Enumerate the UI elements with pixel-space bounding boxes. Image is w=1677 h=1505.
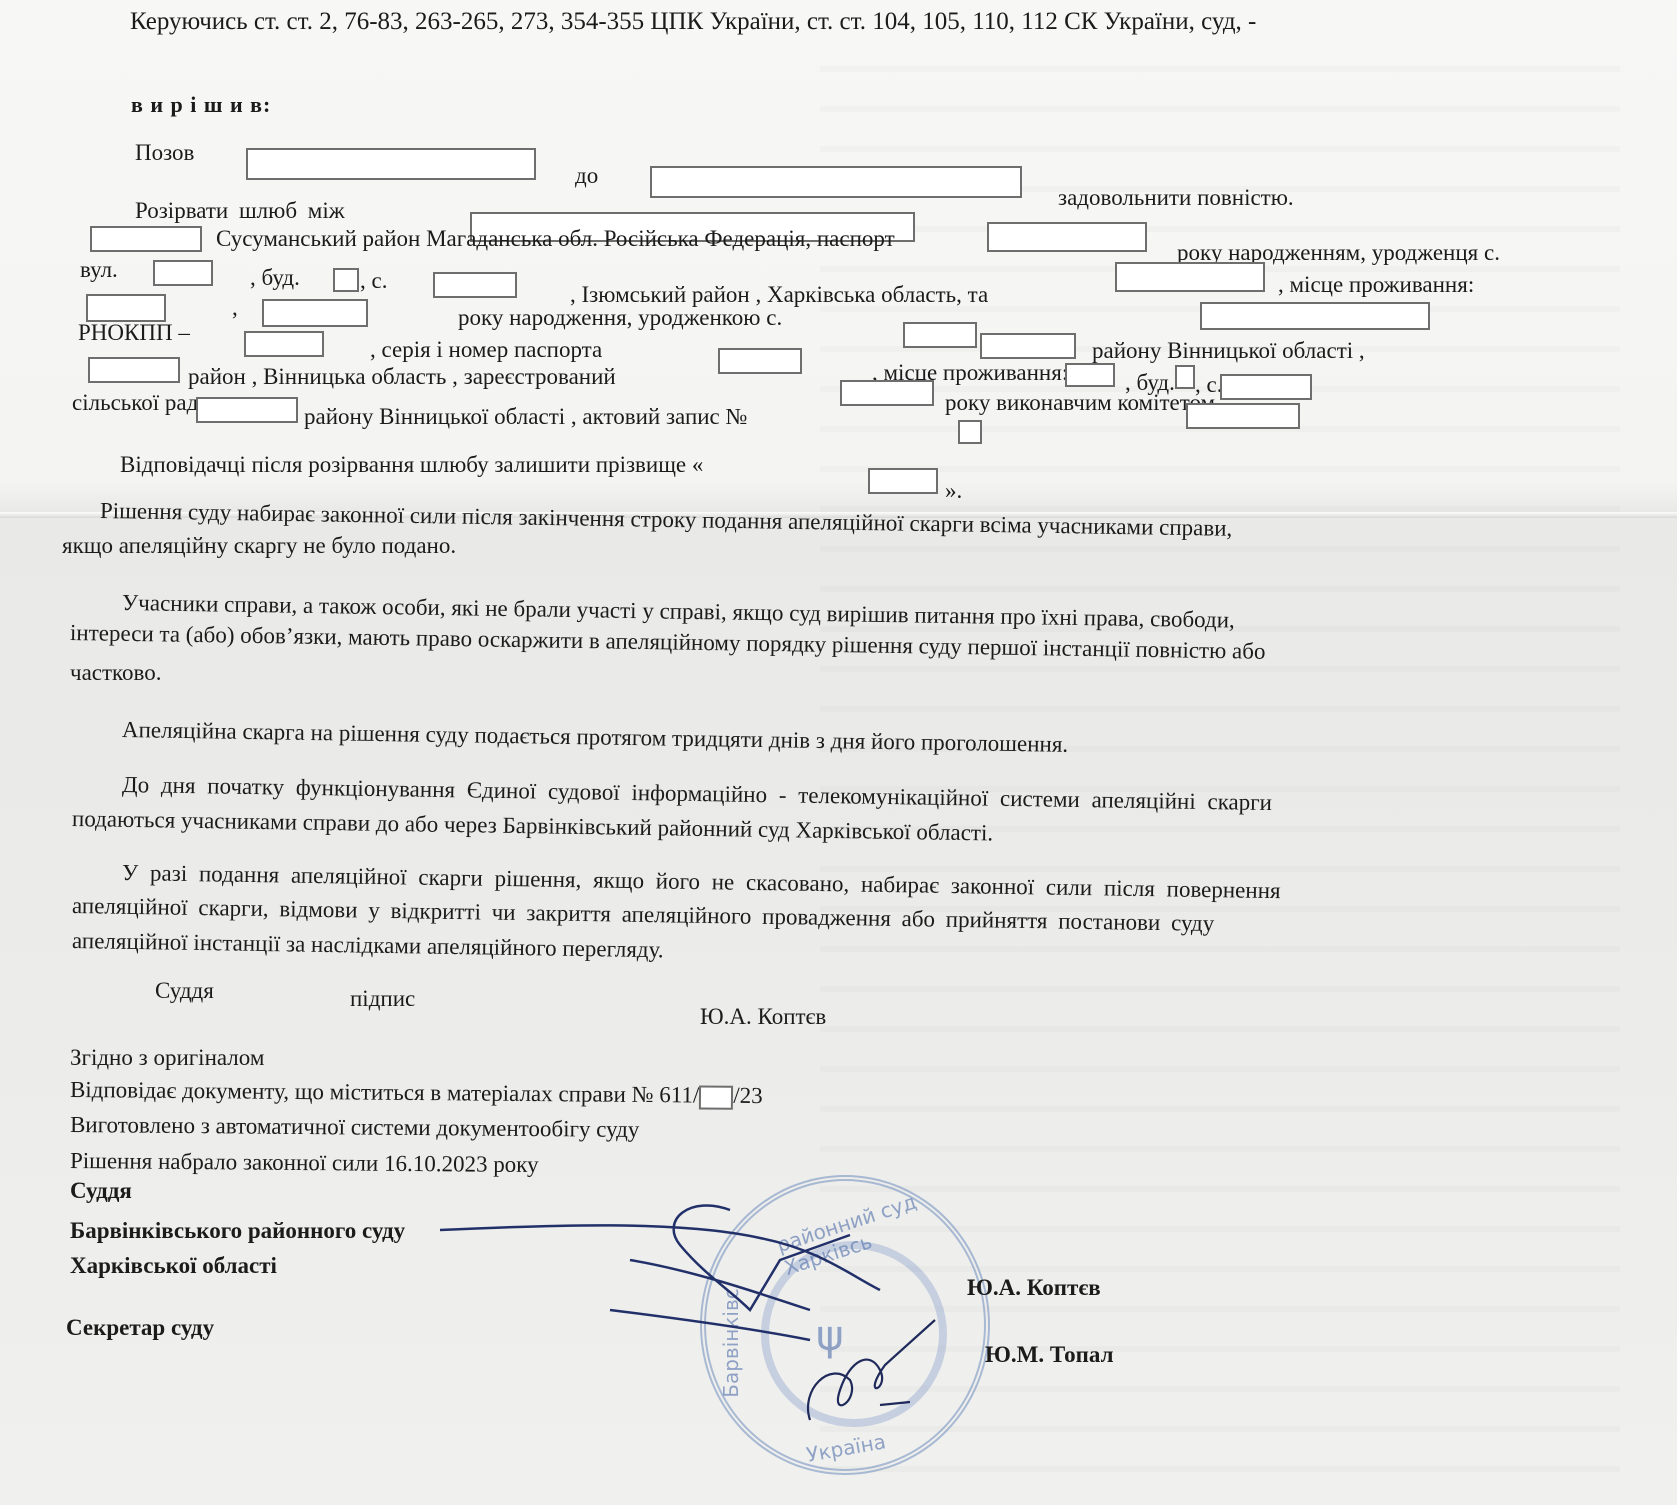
redaction-wife-building [1175, 365, 1195, 389]
surname-line: Відповідачці після розірвання шлюбу зали… [120, 452, 703, 478]
redaction-wife-dob-2 [262, 299, 368, 327]
redaction-wife-street [1065, 363, 1115, 387]
divorce-line-4-mid: року народження, уродженкою с. [458, 305, 782, 331]
redaction-surname [868, 468, 938, 494]
scanned-page: Керуючись ст. ст. 2, 76-83, 263-265, 273… [0, 0, 1677, 1505]
redaction-council [196, 397, 298, 423]
cert-line-4: Рішення набрало законної сили 16.10.2023… [70, 1148, 539, 1178]
intro-line: Керуючись ст. ст. 2, 76-83, 263-265, 273… [130, 8, 1256, 36]
cert-judge-name: Ю.А. Коптєв [967, 1275, 1101, 1301]
divorce-line-4-end: району Вінницької області , [1092, 338, 1365, 364]
cert-judge-title-1: Суддя [70, 1178, 132, 1204]
redaction-settlement [433, 272, 517, 298]
redaction-street [153, 260, 213, 286]
divorce-line-3-s: , с. [360, 268, 387, 294]
divorce-line-5-start: РНОКПП – [78, 320, 190, 346]
decided-heading: в и р і ш и в: [131, 92, 271, 118]
redaction-plaintiff [246, 148, 536, 180]
redaction-case-number [699, 1085, 733, 1109]
redaction-village [90, 226, 202, 252]
divorce-line-7-end: району Вінницької області , актовий запи… [304, 404, 747, 430]
claim-suffix: задовольнити повністю. [1058, 185, 1294, 211]
redaction-committee [1186, 403, 1300, 429]
divorce-line-5-mid: , серія і номер паспорта [370, 337, 602, 363]
redaction-husband-dob [987, 222, 1147, 252]
divorce-line-3-bud: , буд. [250, 265, 300, 291]
claim-prefix: Позов [135, 140, 194, 165]
divorce-line-6-start: район , Вінницька область , зареєстрован… [188, 364, 616, 390]
paragraph-2-line-3: частково. [70, 660, 162, 686]
redaction-passport [1115, 262, 1265, 292]
redaction-wife-region [88, 357, 180, 383]
claim-line: Позов [135, 140, 194, 166]
redaction-wife-name [1200, 302, 1430, 330]
redaction-wife-passport [718, 348, 802, 374]
redaction-rnokpp [244, 331, 324, 357]
redaction-record-number [958, 420, 982, 444]
divorce-line-1-start: Розірвати шлюб між [135, 198, 345, 224]
case-number-prefix: Відповідає документу, що міститься в мат… [70, 1077, 700, 1107]
divorce-line-2-end: , місце проживання: [1278, 272, 1474, 298]
cert-line-2: Відповідає документу, що міститься в мат… [70, 1077, 763, 1110]
case-number-suffix: /23 [733, 1083, 763, 1108]
secretary-name: Ю.М. Топал [985, 1342, 1114, 1368]
divorce-line-7-start: сільської ради [72, 390, 211, 416]
judge-label: Суддя [155, 978, 214, 1004]
divorce-line-2: Сусуманський район Магаданська обл. Росі… [216, 226, 895, 252]
secretary-signature [790, 1310, 950, 1440]
cert-judge-title-3: Харківської області [70, 1253, 277, 1279]
paragraph-1-line-2: якщо апеляційну скаргу не було подано. [62, 533, 456, 559]
judge-name: Ю.А. Коптєв [700, 1004, 826, 1030]
redaction-wife-district [980, 333, 1076, 359]
cert-judge-title-2: Барвінківського районного суду [70, 1218, 405, 1244]
divorce-line-6-end: року виконавчим комітетом [945, 390, 1215, 416]
redaction-wife-settlement [1220, 374, 1312, 400]
redaction-wife-village [903, 322, 977, 348]
redaction-wife-dob-1 [86, 294, 166, 322]
redaction-registration-date [840, 380, 934, 406]
surname-close: ». [945, 478, 962, 504]
claim-to: до [575, 163, 598, 189]
paragraph-5-line-3: апеляційної інстанції за наслідками апел… [72, 928, 664, 963]
redaction-defendant [650, 166, 1022, 198]
signature-label: підпис [350, 986, 415, 1012]
redaction-building [333, 268, 359, 292]
cert-line-1: Згідно з оригіналом [70, 1045, 264, 1071]
divorce-line-3-start: вул. [80, 257, 118, 283]
comma: , [232, 295, 238, 321]
secretary-label: Секретар суду [66, 1315, 214, 1341]
cert-line-3: Виготовлено з автоматичної системи докум… [70, 1112, 640, 1143]
